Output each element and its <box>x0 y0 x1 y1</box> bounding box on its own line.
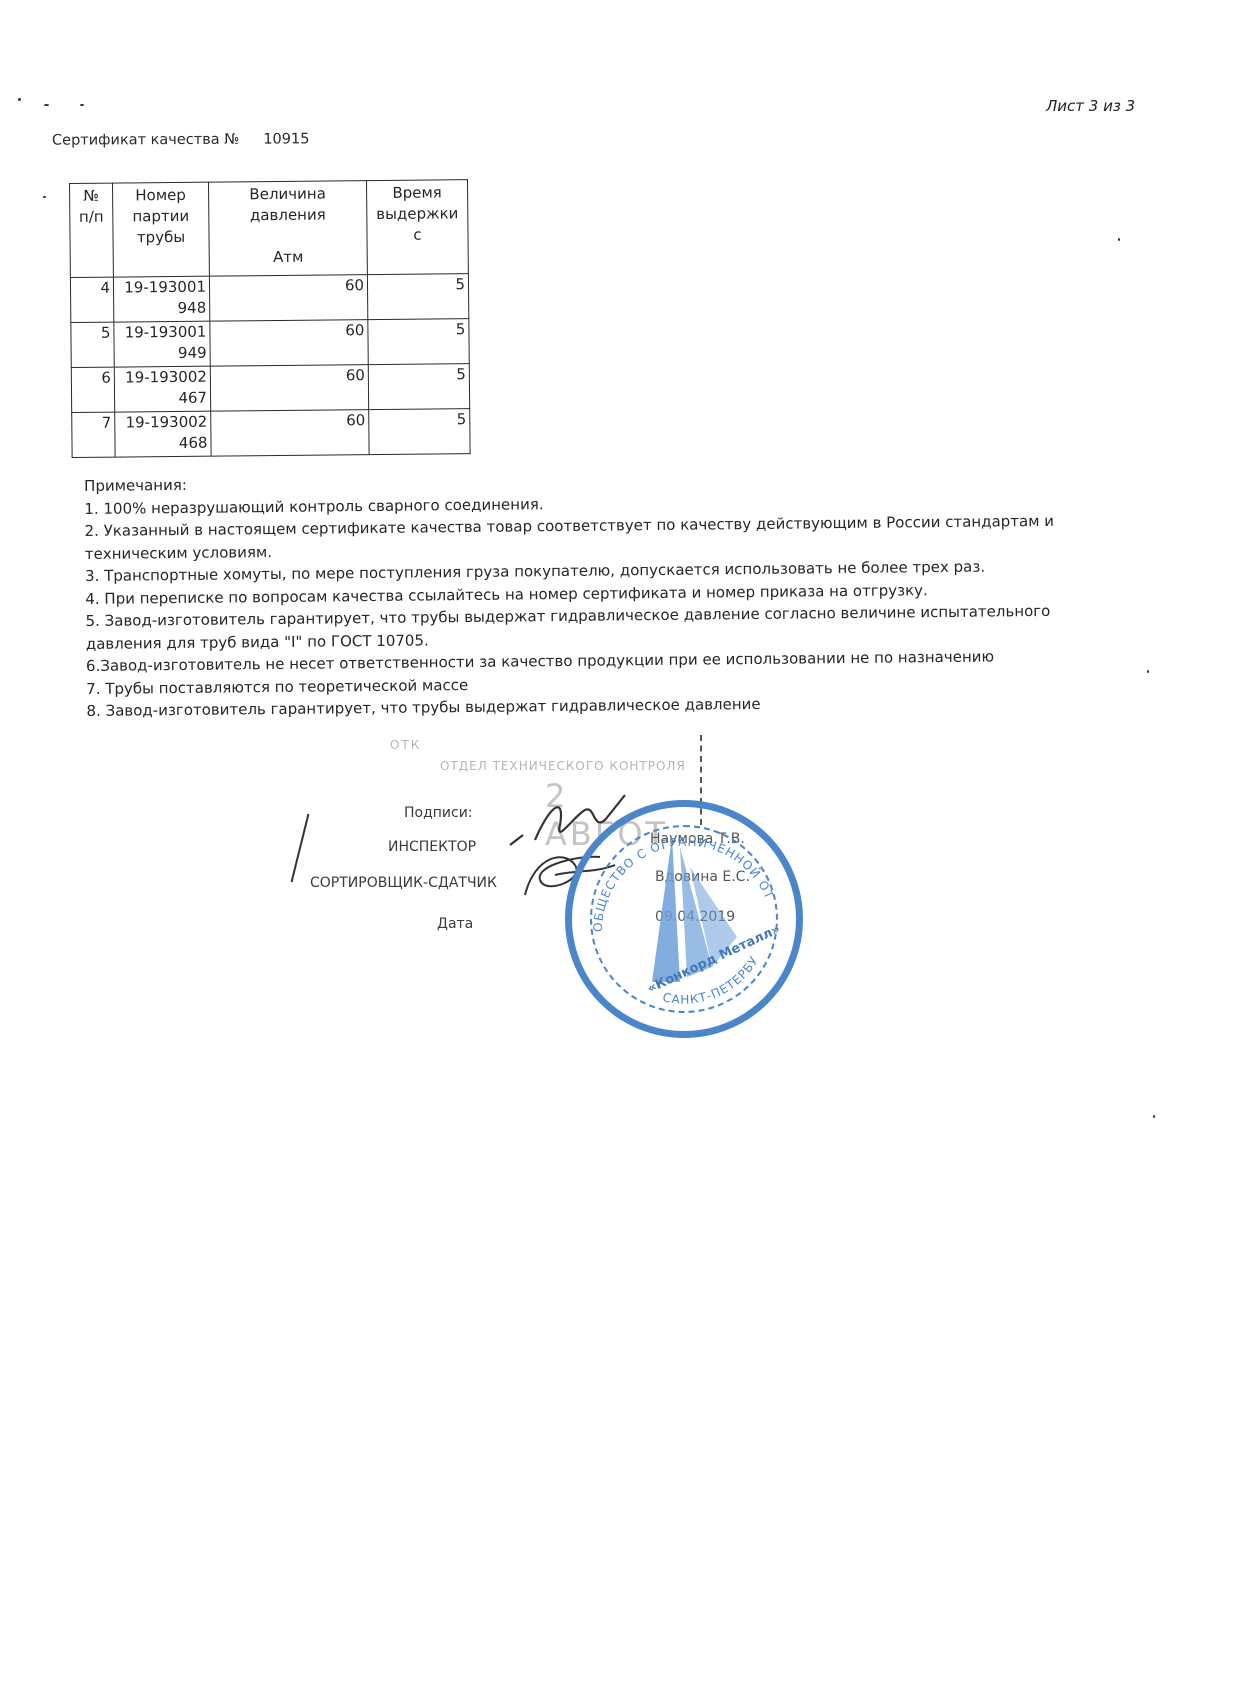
header-text: п/п <box>79 208 104 226</box>
header-text: Величина <box>249 185 326 204</box>
scan-speck <box>1153 1115 1155 1118</box>
scan-speck <box>43 196 46 198</box>
header-text: давления <box>250 206 326 225</box>
table-row: 4 19-193001948 60 5 <box>70 274 468 323</box>
header-text: партии <box>132 207 189 226</box>
batch-part: 467 <box>115 388 207 410</box>
column-header-batch: Номер партии трубы <box>113 182 210 277</box>
certificate-number: 10915 <box>263 131 309 147</box>
header-unit: с <box>413 226 421 244</box>
table-row: 7 19-193002468 60 5 <box>72 409 470 458</box>
sorter-label: СОРТИРОВЩИК-СДАТЧИК <box>310 875 497 891</box>
header-text: выдержки <box>376 204 458 223</box>
cell-pressure: 60 <box>211 410 369 457</box>
table-row: 6 19-193002467 60 5 <box>71 364 469 413</box>
cell-batch: 19-193002467 <box>114 366 210 412</box>
header-text: трубы <box>137 228 185 246</box>
cell-pressure: 60 <box>209 275 367 322</box>
batch-part: 468 <box>115 433 207 455</box>
cell-batch: 19-193002468 <box>115 411 211 457</box>
notes-section: Примечания: 1. 100% неразрушающий контро… <box>84 465 1056 723</box>
date-label: Дата <box>437 916 473 932</box>
cell-number: 4 <box>70 277 113 322</box>
cell-batch: 19-193001948 <box>113 276 209 322</box>
faded-stamp-text: ОТДЕЛ ТЕХНИЧЕСКОГО КОНТРОЛЯ <box>440 759 686 773</box>
column-header-pressure: Величина давления Атм <box>208 181 367 277</box>
scan-speck <box>1147 670 1149 673</box>
header-unit: Атм <box>210 246 367 269</box>
header-text: № <box>83 187 99 205</box>
company-seal: ОБЩЕСТВО С ОГРАНИЧЕННОЙ ОТВЕТСТВЕННОСТЬЮ… <box>565 800 803 1038</box>
faded-stamp-text: ОТК <box>390 738 421 752</box>
cell-hold-time: 5 <box>369 409 470 455</box>
batch-part: 19-193001 <box>114 277 206 299</box>
cell-number: 7 <box>72 412 115 457</box>
scan-speck <box>1118 238 1120 241</box>
scan-speck <box>80 104 84 106</box>
batch-part: 949 <box>115 343 207 365</box>
cell-number: 6 <box>71 367 114 412</box>
cell-pressure: 60 <box>210 365 368 412</box>
table-row: 5 19-193001949 60 5 <box>71 319 469 368</box>
scan-speck <box>44 104 49 106</box>
cell-hold-time: 5 <box>368 364 469 410</box>
signatures-label: Подписи: <box>404 805 473 821</box>
batch-part: 19-193002 <box>115 367 207 389</box>
batch-part: 19-193002 <box>115 412 207 434</box>
header-text: Номер <box>135 186 186 204</box>
scan-speck <box>18 98 21 101</box>
header-text: Время <box>392 183 442 201</box>
pen-mark <box>291 814 310 882</box>
cell-hold-time: 5 <box>368 319 469 365</box>
column-header-hold-time: Время выдержки с <box>366 180 468 275</box>
cell-pressure: 60 <box>210 320 368 367</box>
certificate-title: Сертификат качества №10915 <box>52 131 310 148</box>
table-header-row: № п/п Номер партии трубы Величина давлен… <box>70 180 469 278</box>
column-header-number: № п/п <box>70 183 114 277</box>
seal-artwork-icon: ОБЩЕСТВО С ОГРАНИЧЕННОЙ ОТВЕТСТВЕННОСТЬЮ… <box>572 807 796 1031</box>
cell-batch: 19-193001949 <box>114 321 210 367</box>
page-indicator: Лист 3 из 3 <box>1046 97 1135 115</box>
inspector-label: ИНСПЕКТОР <box>388 839 476 855</box>
batch-part: 19-193001 <box>114 322 206 344</box>
pressure-test-table: № п/п Номер партии трубы Величина давлен… <box>69 179 471 458</box>
batch-part: 948 <box>114 298 206 320</box>
cell-hold-time: 5 <box>367 274 468 320</box>
cell-number: 5 <box>71 322 114 367</box>
certificate-label: Сертификат качества № <box>52 132 239 149</box>
